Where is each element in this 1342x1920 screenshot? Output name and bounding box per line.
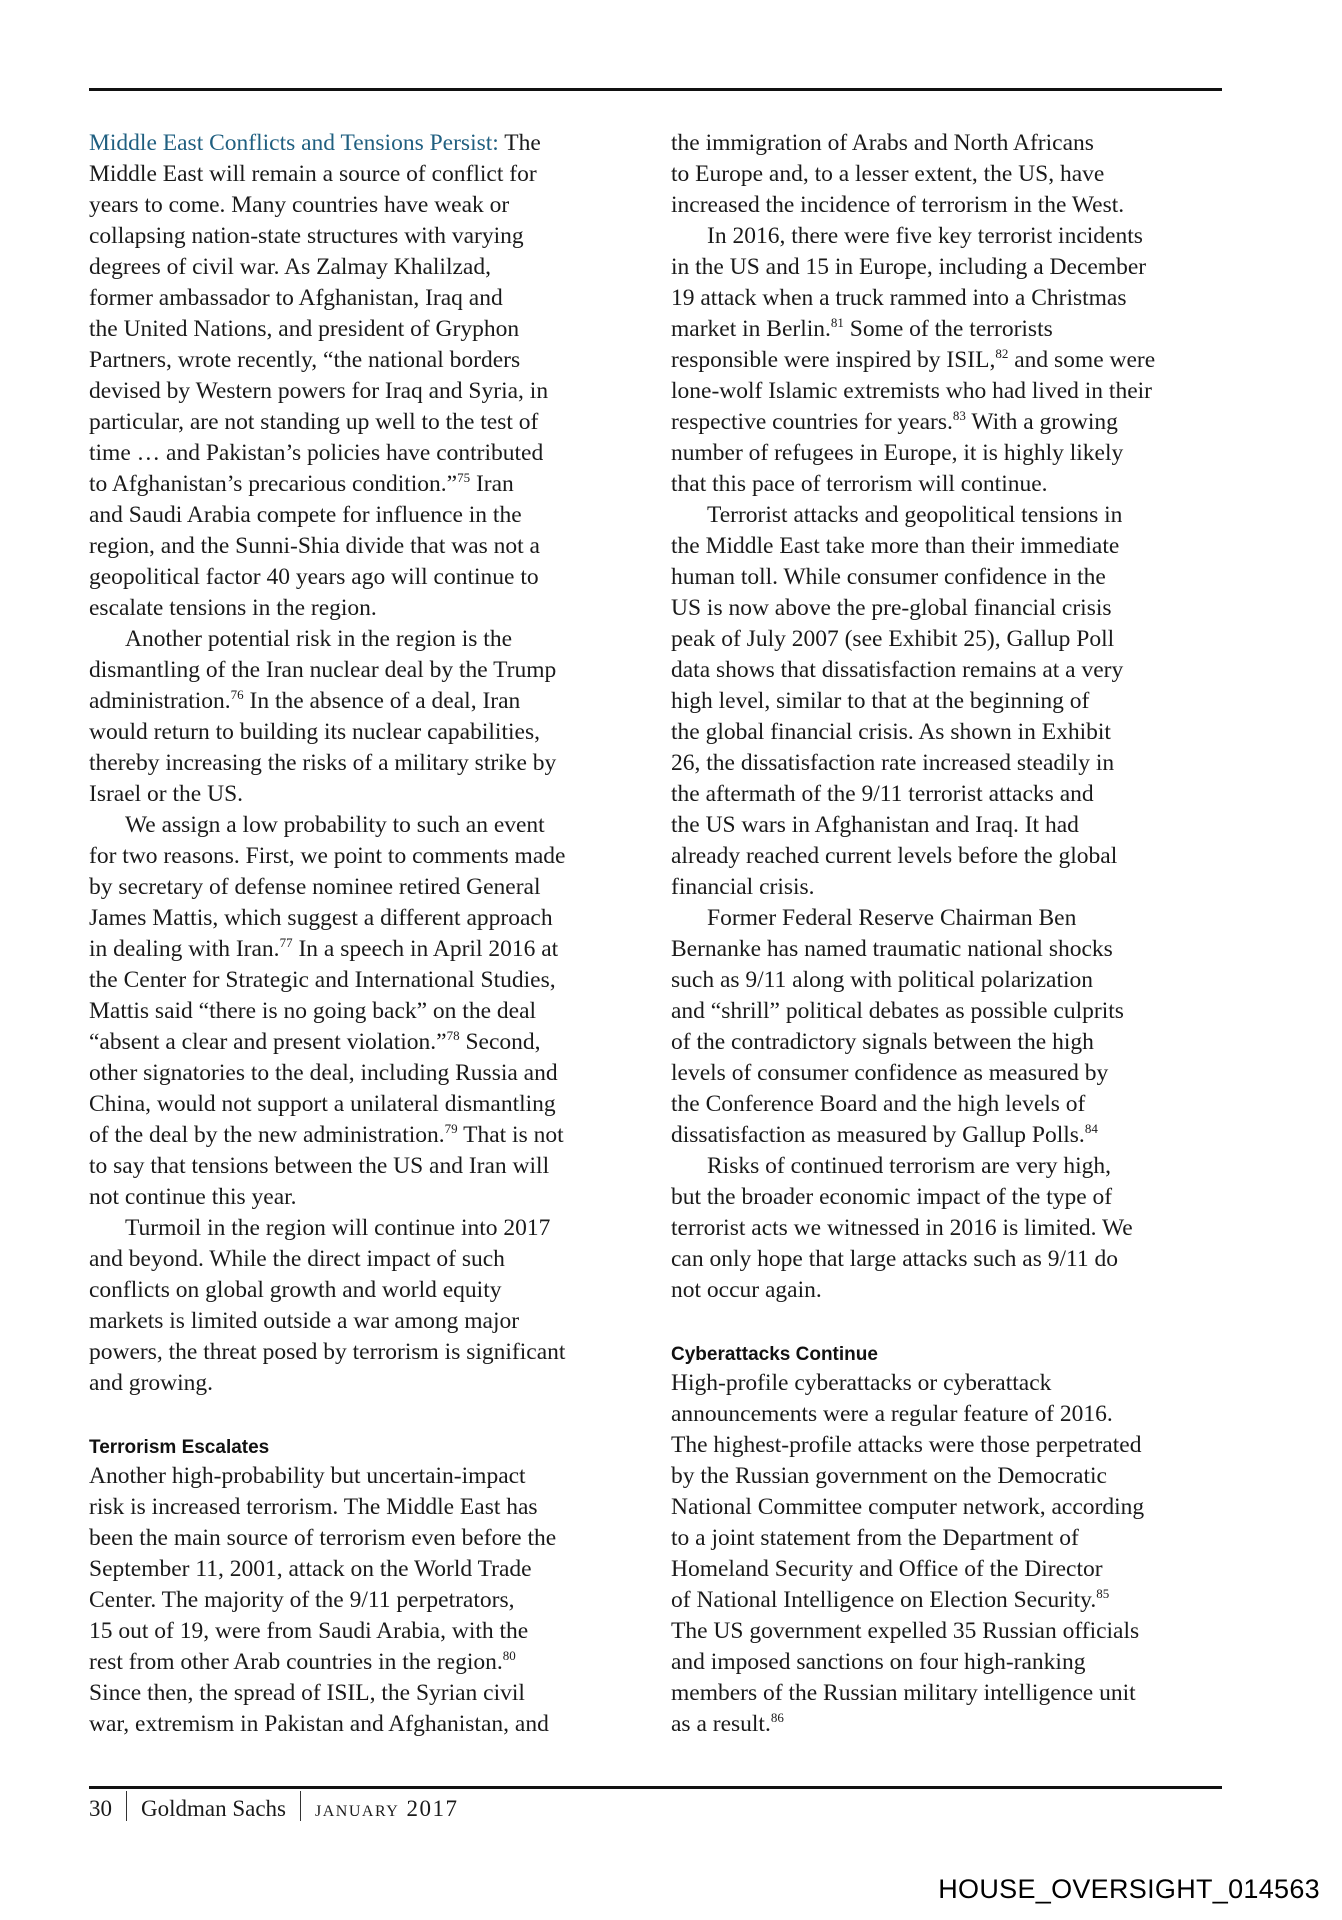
footnote-ref[interactable]: 76 <box>231 687 244 702</box>
text-line: the Center for Strategic and Internation… <box>89 965 659 996</box>
text-line: market in Berlin.81 Some of the terroris… <box>671 314 1231 345</box>
document-stamp: HOUSE_OVERSIGHT_014563 <box>938 1874 1320 1905</box>
text-line: Terrorist attacks and geopolitical tensi… <box>671 500 1231 531</box>
text-line: the Middle East take more than their imm… <box>671 531 1231 562</box>
text-line: Israel or the US. <box>89 779 659 810</box>
text-line: the United Nations, and president of Gry… <box>89 314 659 345</box>
text-line: former ambassador to Afghanistan, Iraq a… <box>89 283 659 314</box>
text-line: number of refugees in Europe, it is high… <box>671 438 1231 469</box>
text-line: conflicts on global growth and world equ… <box>89 1275 659 1306</box>
text-line: financial crisis. <box>671 872 1231 903</box>
text-line: Homeland Security and Office of the Dire… <box>671 1554 1231 1585</box>
spacer <box>671 1306 1231 1337</box>
text-line: particular, are not standing up well to … <box>89 407 659 438</box>
text-line: announcements were a regular feature of … <box>671 1399 1231 1430</box>
text-line: September 11, 2001, attack on the World … <box>89 1554 659 1585</box>
footnote-ref[interactable]: 83 <box>953 408 966 423</box>
text-line: In 2016, there were five key terrorist i… <box>671 221 1231 252</box>
text-line: powers, the threat posed by terrorism is… <box>89 1337 659 1368</box>
text-line: data shows that dissatisfaction remains … <box>671 655 1231 686</box>
text-line: and beyond. While the direct impact of s… <box>89 1244 659 1275</box>
text-line: and growing. <box>89 1368 659 1399</box>
text-line: to a joint statement from the Department… <box>671 1523 1231 1554</box>
right-column: the immigration of Arabs and North Afric… <box>671 128 1231 1740</box>
publication-date: January 2017 <box>301 1791 473 1827</box>
text-line: Another potential risk in the region is … <box>89 624 659 655</box>
text-line: National Committee computer network, acc… <box>671 1492 1231 1523</box>
text-line: of the deal by the new administration.79… <box>89 1120 659 1151</box>
text-line: Center. The majority of the 9/11 perpetr… <box>89 1585 659 1616</box>
text-line: Partners, wrote recently, “the national … <box>89 345 659 376</box>
text-line: can only hope that large attacks such as… <box>671 1244 1231 1275</box>
text-line: Middle East Conflicts and Tensions Persi… <box>89 128 659 159</box>
text-line: James Mattis, which suggest a different … <box>89 903 659 934</box>
footnote-ref[interactable]: 75 <box>457 470 470 485</box>
text-line: of the contradictory signals between the… <box>671 1027 1231 1058</box>
text-line: to Europe and, to a lesser extent, the U… <box>671 159 1231 190</box>
footnote-ref[interactable]: 80 <box>503 1648 516 1663</box>
text-line: not occur again. <box>671 1275 1231 1306</box>
text-line: the global financial crisis. As shown in… <box>671 717 1231 748</box>
text-line: but the broader economic impact of the t… <box>671 1182 1231 1213</box>
text-line: not continue this year. <box>89 1182 659 1213</box>
text-line: 15 out of 19, were from Saudi Arabia, wi… <box>89 1616 659 1647</box>
footer-rule <box>89 1786 1222 1789</box>
footnote-ref[interactable]: 86 <box>771 1710 784 1725</box>
text-line: China, would not support a unilateral di… <box>89 1089 659 1120</box>
text-line: 26, the dissatisfaction rate increased s… <box>671 748 1231 779</box>
text-line: war, extremism in Pakistan and Afghanist… <box>89 1709 659 1740</box>
publisher-name: Goldman Sachs <box>127 1791 300 1827</box>
text-line: 19 attack when a truck rammed into a Chr… <box>671 283 1231 314</box>
text-line: Another high-probability but uncertain-i… <box>89 1461 659 1492</box>
text-line: devised by Western powers for Iraq and S… <box>89 376 659 407</box>
text-line: Since then, the spread of ISIL, the Syri… <box>89 1678 659 1709</box>
footnote-ref[interactable]: 81 <box>831 315 844 330</box>
text-line: and “shrill” political debates as possib… <box>671 996 1231 1027</box>
text-line: terrorist acts we witnessed in 2016 is l… <box>671 1213 1231 1244</box>
text-line: The US government expelled 35 Russian of… <box>671 1616 1231 1647</box>
footnote-ref[interactable]: 82 <box>995 346 1008 361</box>
text-line: lone-wolf Islamic extremists who had liv… <box>671 376 1231 407</box>
text-line: We assign a low probability to such an e… <box>89 810 659 841</box>
text-line: the Conference Board and the high levels… <box>671 1089 1231 1120</box>
left-column: Middle East Conflicts and Tensions Persi… <box>89 128 659 1740</box>
text-line: would return to building its nuclear cap… <box>89 717 659 748</box>
text-line: and imposed sanctions on four high-ranki… <box>671 1647 1231 1678</box>
text-line: Mattis said “there is no going back” on … <box>89 996 659 1027</box>
text-line: by secretary of defense nominee retired … <box>89 872 659 903</box>
footnote-ref[interactable]: 78 <box>447 1028 460 1043</box>
text-line: to Afghanistan’s precarious condition.”7… <box>89 469 659 500</box>
text-line: time … and Pakistan’s policies have cont… <box>89 438 659 469</box>
text-line: Risks of continued terrorism are very hi… <box>671 1151 1231 1182</box>
text-line: degrees of civil war. As Zalmay Khalilza… <box>89 252 659 283</box>
text-line: human toll. While consumer confidence in… <box>671 562 1231 593</box>
text-line: escalate tensions in the region. <box>89 593 659 624</box>
text-line: Turmoil in the region will continue into… <box>89 1213 659 1244</box>
text-line: High-profile cyberattacks or cyberattack <box>671 1368 1231 1399</box>
text-line: “absent a clear and present violation.”7… <box>89 1027 659 1058</box>
text-line: collapsing nation-state structures with … <box>89 221 659 252</box>
text-line: markets is limited outside a war among m… <box>89 1306 659 1337</box>
text-line: rest from other Arab countries in the re… <box>89 1647 659 1678</box>
text-line: in the US and 15 in Europe, including a … <box>671 252 1231 283</box>
text-line: years to come. Many countries have weak … <box>89 190 659 221</box>
page-footer: 30 Goldman Sachs January 2017 <box>89 1791 473 1827</box>
text-line: members of the Russian military intellig… <box>671 1678 1231 1709</box>
text-line: Bernanke has named traumatic national sh… <box>671 934 1231 965</box>
text-line: peak of July 2007 (see Exhibit 25), Gall… <box>671 624 1231 655</box>
text-line: Middle East will remain a source of conf… <box>89 159 659 190</box>
text-line: Former Federal Reserve Chairman Ben <box>671 903 1231 934</box>
text-line: such as 9/11 along with political polari… <box>671 965 1231 996</box>
text-line: increased the incidence of terrorism in … <box>671 190 1231 221</box>
text-line: been the main source of terrorism even b… <box>89 1523 659 1554</box>
text-line: dismantling of the Iran nuclear deal by … <box>89 655 659 686</box>
footnote-ref[interactable]: 77 <box>280 935 293 950</box>
text-line: in dealing with Iran.77 In a speech in A… <box>89 934 659 965</box>
text-line: and Saudi Arabia compete for influence i… <box>89 500 659 531</box>
text-line: to say that tensions between the US and … <box>89 1151 659 1182</box>
footnote-ref[interactable]: 85 <box>1096 1586 1109 1601</box>
text-line: risk is increased terrorism. The Middle … <box>89 1492 659 1523</box>
section-lead-heading: Middle East Conflicts and Tensions Persi… <box>89 130 499 156</box>
text-line: administration.76 In the absence of a de… <box>89 686 659 717</box>
text-line: region, and the Sunni-Shia divide that w… <box>89 531 659 562</box>
text-line: thereby increasing the risks of a milita… <box>89 748 659 779</box>
subheading-cyberattacks-continue: Cyberattacks Continue <box>671 1337 1231 1368</box>
text-line: of National Intelligence on Election Sec… <box>671 1585 1231 1616</box>
footnote-ref[interactable]: 84 <box>1085 1121 1098 1136</box>
footnote-ref[interactable]: 79 <box>445 1121 458 1136</box>
text-line: the immigration of Arabs and North Afric… <box>671 128 1231 159</box>
text-line: The highest-profile attacks were those p… <box>671 1430 1231 1461</box>
text-line: for two reasons. First, we point to comm… <box>89 841 659 872</box>
text-line: dissatisfaction as measured by Gallup Po… <box>671 1120 1231 1151</box>
text-line: responsible were inspired by ISIL,82 and… <box>671 345 1231 376</box>
text-line: already reached current levels before th… <box>671 841 1231 872</box>
text-line: high level, similar to that at the begin… <box>671 686 1231 717</box>
text-line: US is now above the pre-global financial… <box>671 593 1231 624</box>
text-line: respective countries for years.83 With a… <box>671 407 1231 438</box>
text-line: as a result.86 <box>671 1709 1231 1740</box>
header-rule <box>89 88 1222 91</box>
page-number: 30 <box>89 1791 126 1827</box>
text-line: levels of consumer confidence as measure… <box>671 1058 1231 1089</box>
text-line: other signatories to the deal, including… <box>89 1058 659 1089</box>
subheading-terrorism-escalates: Terrorism Escalates <box>89 1430 659 1461</box>
spacer <box>89 1399 659 1430</box>
text-line: geopolitical factor 40 years ago will co… <box>89 562 659 593</box>
text-line: the US wars in Afghanistan and Iraq. It … <box>671 810 1231 841</box>
text-line: by the Russian government on the Democra… <box>671 1461 1231 1492</box>
text-line: that this pace of terrorism will continu… <box>671 469 1231 500</box>
text-line: the aftermath of the 9/11 terrorist atta… <box>671 779 1231 810</box>
